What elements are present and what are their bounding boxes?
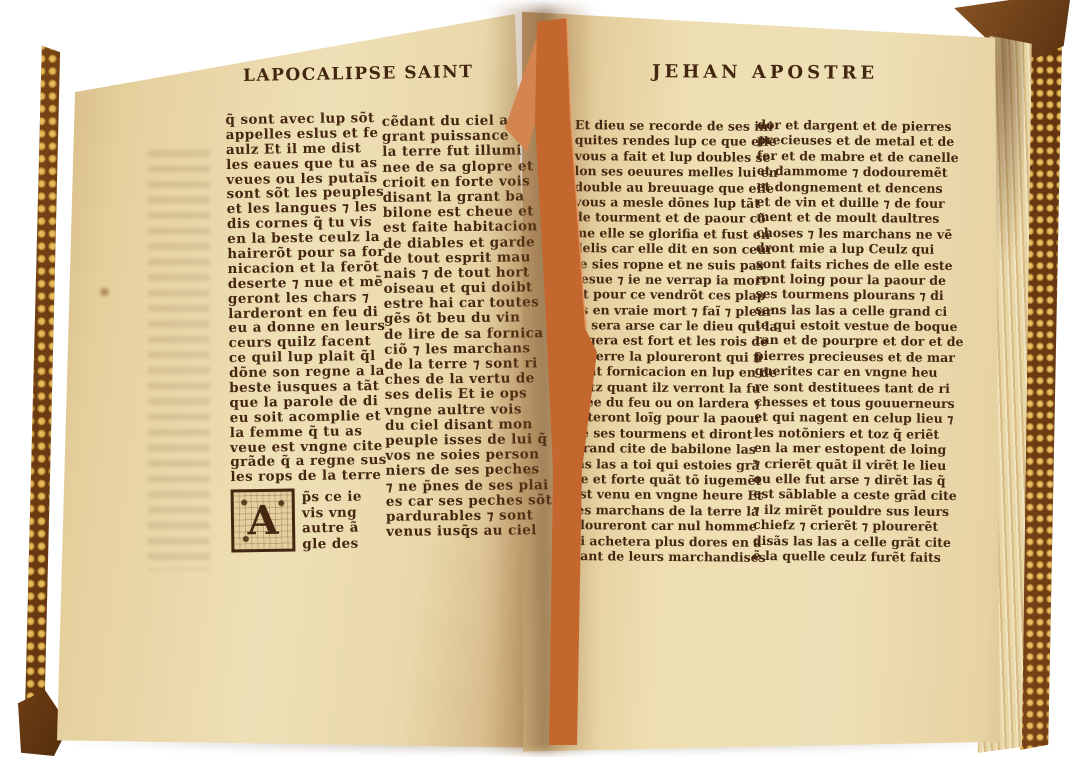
ribbon-main-strip xyxy=(535,18,597,745)
ribbon-bookmark xyxy=(0,0,1080,757)
photo-of-open-book: LAPOCALIPSE SAINT q̃ sont avec lup sõtap… xyxy=(0,0,1080,757)
